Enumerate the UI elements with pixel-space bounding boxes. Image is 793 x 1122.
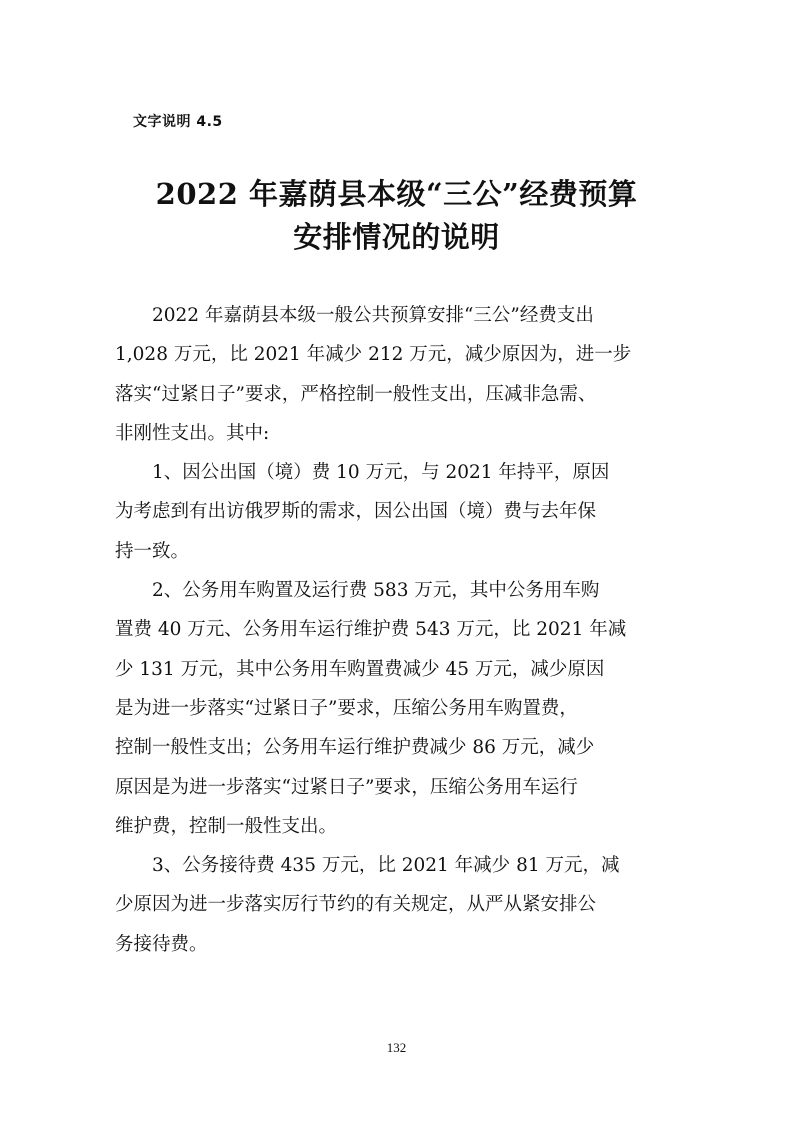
text-line: 2022 年嘉荫县本级一般公共预算安排“三公”经费支出: [115, 296, 680, 335]
text-line: 1、因公出国（境）费 10 万元，与 2021 年持平，原因: [115, 453, 680, 492]
text-line: 置费 40 万元、公务用车运行维护费 543 万元，比 2021 年减: [115, 610, 680, 649]
document-title-line-1: 2022 年嘉荫县本级“三公”经费预算: [0, 172, 793, 213]
text-line: 为考虑到有出访俄罗斯的需求，因公出国（境）费与去年保: [115, 492, 680, 531]
paragraph-overview: 2022 年嘉荫县本级一般公共预算安排“三公”经费支出 1,028 万元，比 2…: [115, 296, 680, 453]
text-line: 是为进一步落实“过紧日子”要求，压缩公务用车购置费，: [115, 689, 680, 728]
text-line: 维护费，控制一般性支出。: [115, 807, 680, 846]
text-line: 非刚性支出。其中:: [115, 414, 680, 453]
paragraph-official-vehicles: 2、公务用车购置及运行费 583 万元，其中公务用车购 置费 40 万元、公务用…: [115, 571, 680, 846]
text-line: 控制一般性支出；公务用车运行维护费减少 86 万元，减少: [115, 728, 680, 767]
section-label: 文字说明 4.5: [133, 111, 223, 131]
page-number: 132: [0, 1040, 793, 1056]
text-line: 2、公务用车购置及运行费 583 万元，其中公务用车购: [115, 571, 680, 610]
text-line: 落实“过紧日子”要求，严格控制一般性支出，压减非急需、: [115, 375, 680, 414]
text-line: 1,028 万元，比 2021 年减少 212 万元，减少原因为，进一步: [115, 335, 680, 374]
text-line: 3、公务接待费 435 万元，比 2021 年减少 81 万元，减: [115, 846, 680, 885]
text-line: 原因是为进一步落实“过紧日子”要求，压缩公务用车运行: [115, 768, 680, 807]
paragraph-overseas-travel: 1、因公出国（境）费 10 万元，与 2021 年持平，原因 为考虑到有出访俄罗…: [115, 453, 680, 571]
document-body: 2022 年嘉荫县本级一般公共预算安排“三公”经费支出 1,028 万元，比 2…: [115, 296, 680, 964]
text-line: 少原因为进一步落实厉行节约的有关规定，从严从紧安排公: [115, 885, 680, 924]
document-title-line-2: 安排情况的说明: [0, 215, 793, 256]
paragraph-official-reception: 3、公务接待费 435 万元，比 2021 年减少 81 万元，减 少原因为进一…: [115, 846, 680, 964]
text-line: 务接待费。: [115, 925, 680, 964]
text-line: 少 131 万元，其中公务用车购置费减少 45 万元，减少原因: [115, 650, 680, 689]
text-line: 持一致。: [115, 532, 680, 571]
